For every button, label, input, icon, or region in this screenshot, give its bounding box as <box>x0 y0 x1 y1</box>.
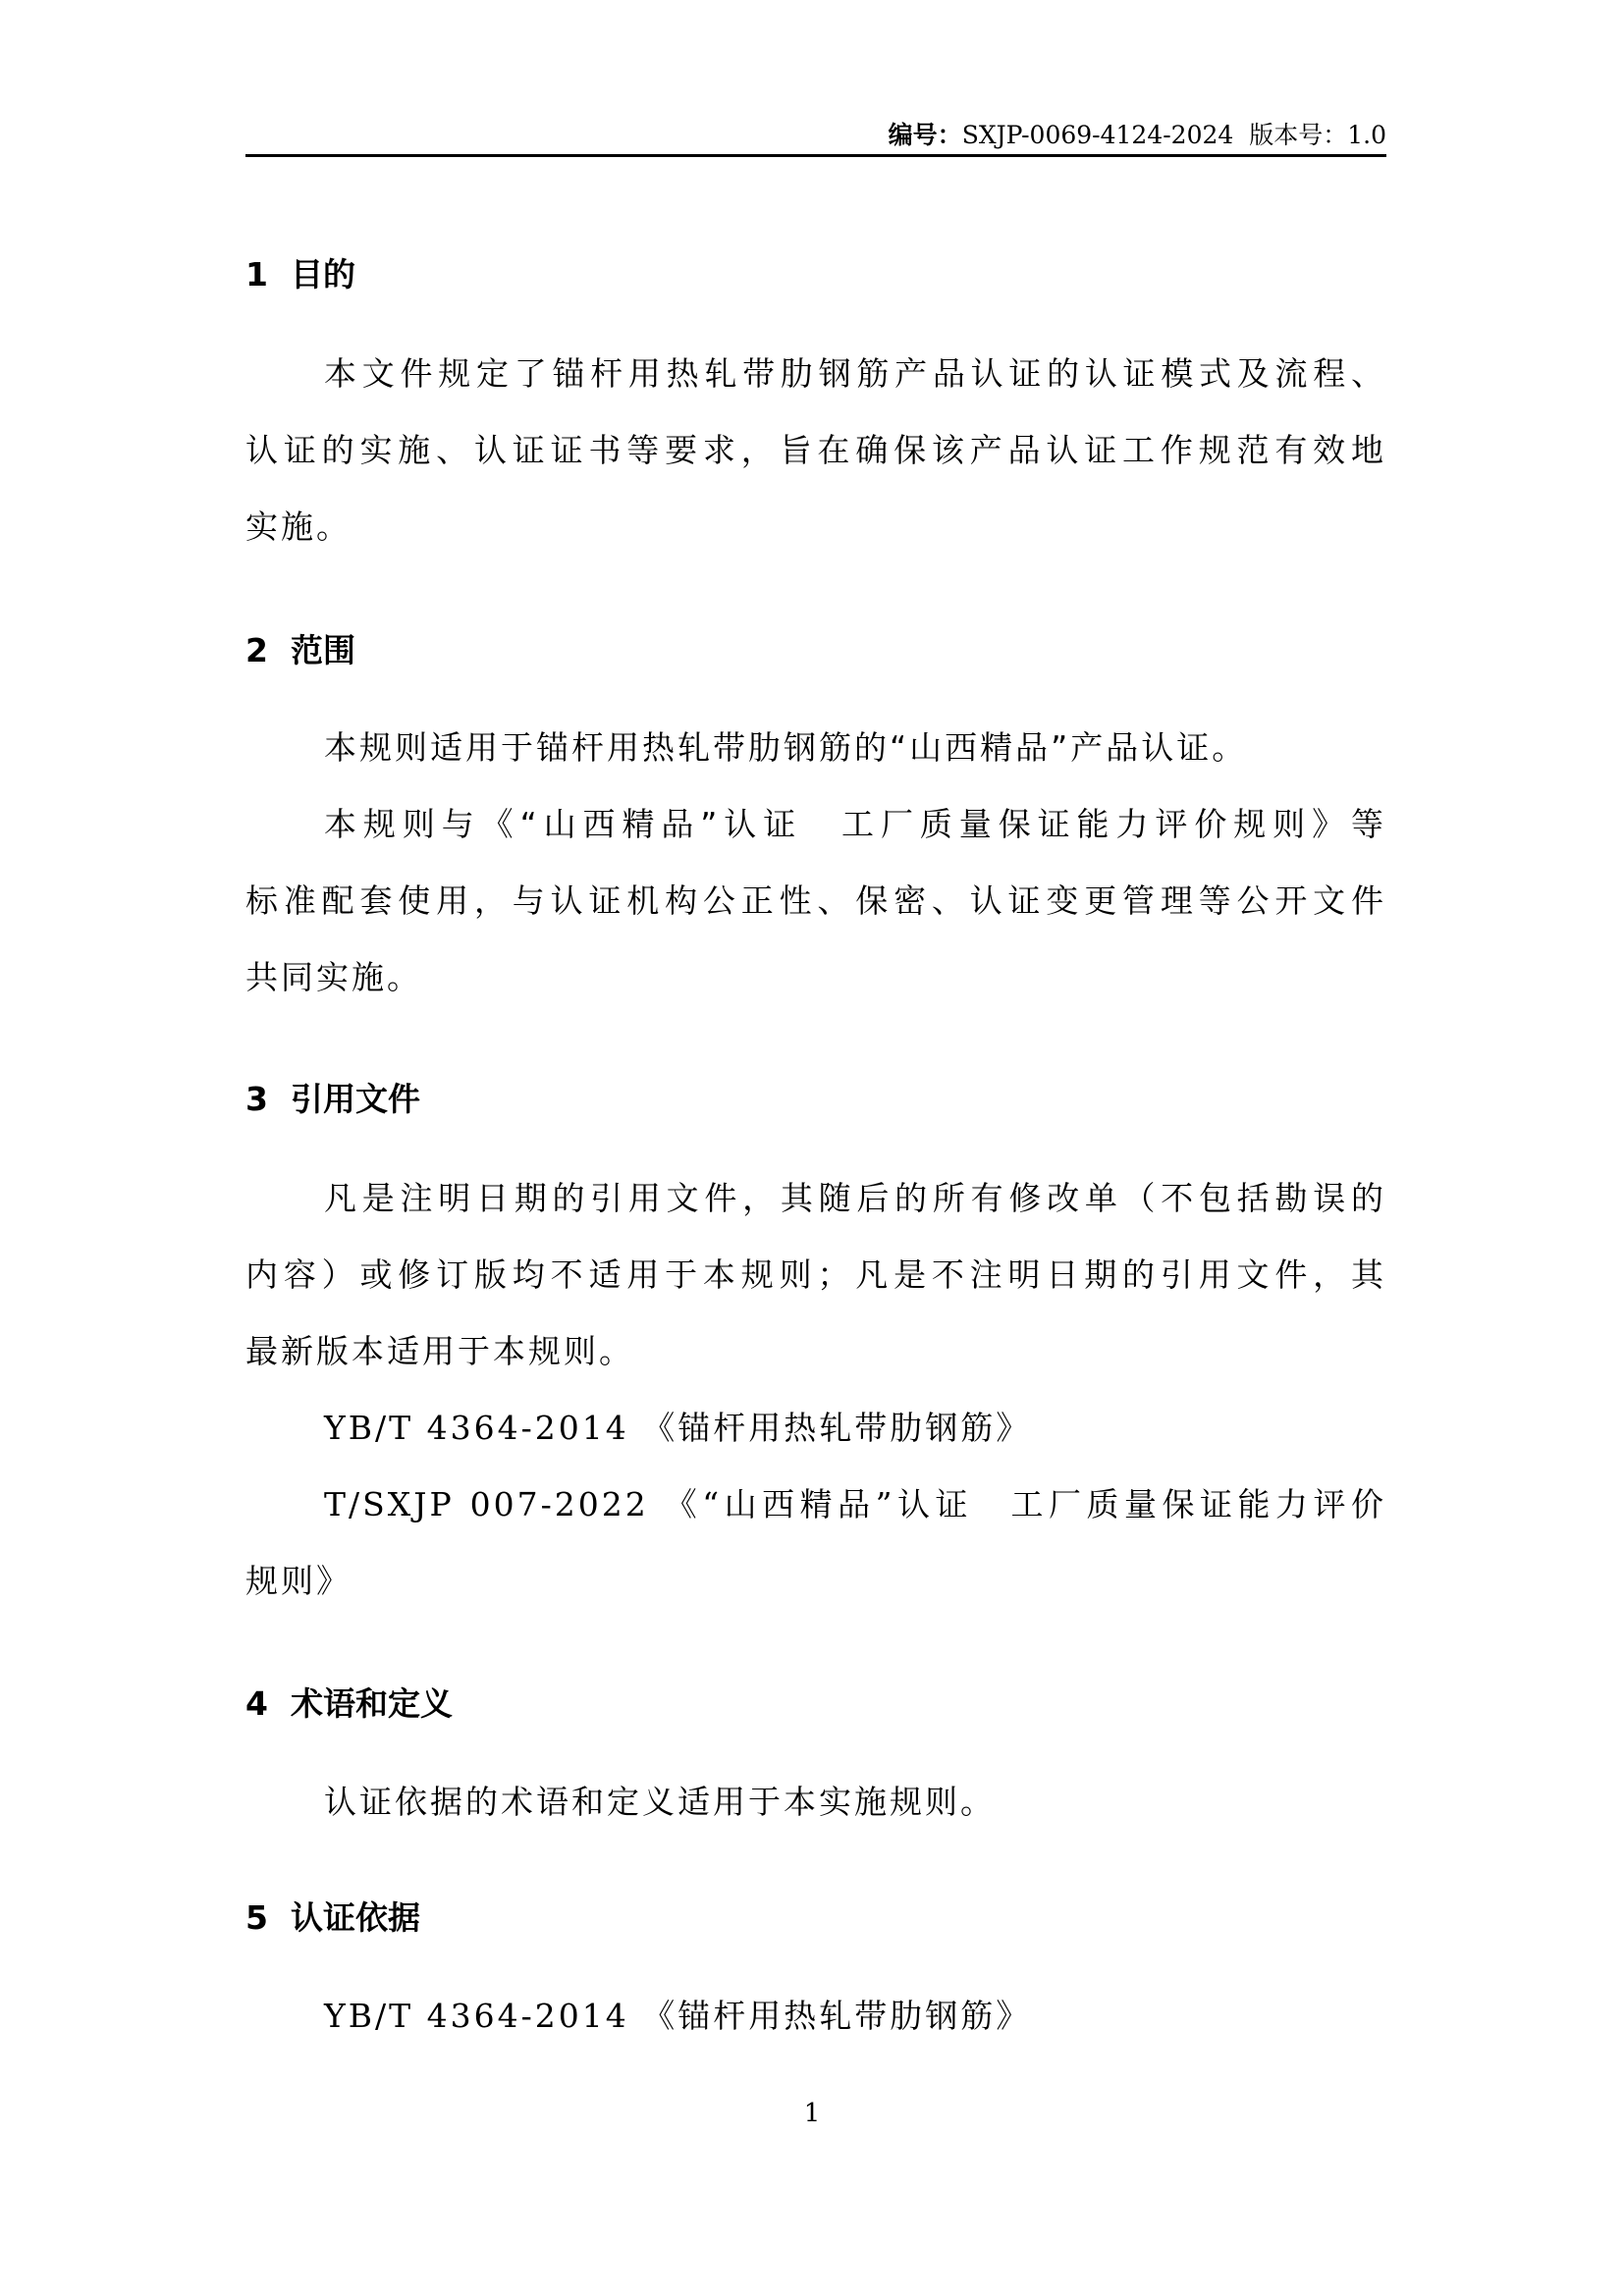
text-line: 最新版本适用于本规则。 <box>245 1313 1386 1390</box>
text-line: 认证的实施、认证证书等要求，旨在确保该产品认证工作规范有效地 <box>245 412 1386 489</box>
section-heading-1: 1 目的 <box>245 255 355 294</box>
section-3-paragraph-1: 凡是注明日期的引用文件，其随后的所有修改单（不包括勘误的 内容）或修订版均不适用… <box>245 1160 1386 1390</box>
section-2-paragraph-1: 本规则适用于锚杆用热轧带肋钢筋的“山西精品”产品认证。 <box>245 710 1386 786</box>
section-heading-2: 2 范围 <box>245 631 355 670</box>
section-2-paragraph-2: 本规则与《“山西精品”认证 工厂质量保证能力评价规则》等 标准配套使用，与认证机… <box>245 786 1386 1016</box>
doc-number-label: 编号： <box>889 121 962 149</box>
text-line: 标准配套使用，与认证机构公正性、保密、认证变更管理等公开文件 <box>245 863 1386 939</box>
page-number: 1 <box>0 2099 1624 2128</box>
reference-item-1: YB/T 4364-2014 《锚杆用热轧带肋钢筋》 <box>245 1390 1386 1467</box>
text-line: 实施。 <box>245 489 1386 565</box>
doc-number: SXJP-0069-4124-2024 <box>962 121 1234 149</box>
text-line: T/SXJP 007-2022 《“山西精品”认证 工厂质量保证能力评价 <box>245 1467 1386 1543</box>
section-heading-5: 5 认证依据 <box>245 1898 420 1938</box>
version-label: 版本号： <box>1249 121 1347 149</box>
text-line: YB/T 4364-2014 《锚杆用热轧带肋钢筋》 <box>245 1390 1386 1467</box>
text-line: 本规则与《“山西精品”认证 工厂质量保证能力评价规则》等 <box>245 786 1386 863</box>
document-header: 编号：SXJP-0069-4124-2024 版本号：1.0 <box>245 116 1386 155</box>
text-line: YB/T 4364-2014 《锚杆用热轧带肋钢筋》 <box>245 1978 1386 2055</box>
section-heading-4: 4 术语和定义 <box>245 1684 453 1724</box>
text-line: 本文件规定了锚杆用热轧带肋钢筋产品认证的认证模式及流程、 <box>245 336 1386 412</box>
reference-item-2: T/SXJP 007-2022 《“山西精品”认证 工厂质量保证能力评价 规则》 <box>245 1467 1386 1620</box>
text-line: 共同实施。 <box>245 939 1386 1016</box>
text-line: 内容）或修订版均不适用于本规则；凡是不注明日期的引用文件，其 <box>245 1237 1386 1313</box>
version-number: 1.0 <box>1347 121 1386 149</box>
text-line: 本规则适用于锚杆用热轧带肋钢筋的“山西精品”产品认证。 <box>245 710 1386 786</box>
header-rule <box>245 154 1386 157</box>
section-4-paragraph: 认证依据的术语和定义适用于本实施规则。 <box>245 1764 1386 1841</box>
section-heading-3: 3 引用文件 <box>245 1080 420 1119</box>
text-line: 凡是注明日期的引用文件，其随后的所有修改单（不包括勘误的 <box>245 1160 1386 1237</box>
section-1-paragraph: 本文件规定了锚杆用热轧带肋钢筋产品认证的认证模式及流程、 认证的实施、认证证书等… <box>245 336 1386 565</box>
section-5-paragraph: YB/T 4364-2014 《锚杆用热轧带肋钢筋》 <box>245 1978 1386 2055</box>
text-line: 认证依据的术语和定义适用于本实施规则。 <box>245 1764 1386 1841</box>
text-line: 规则》 <box>245 1543 1386 1620</box>
